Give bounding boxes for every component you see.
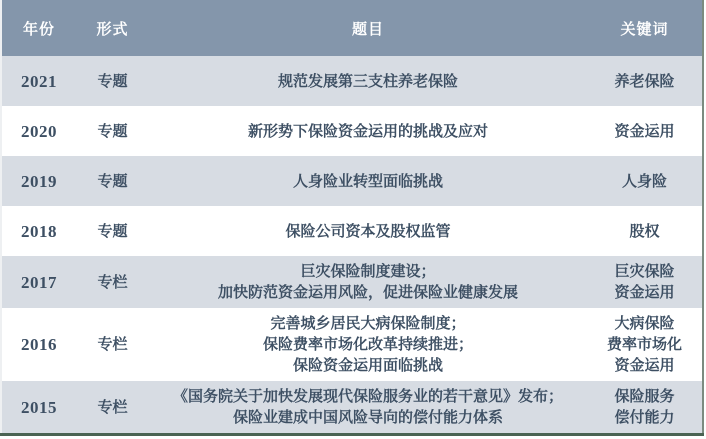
col-header-title: 题目 [149,0,587,56]
title-line: 新形势下保险资金运用的挑战及应对 [155,121,581,142]
title-line: 保险资金运用面临挑战 [155,355,581,376]
year-cell: 2019 [1,156,76,206]
keyword-line: 人身险 [593,171,696,192]
title-cell: 新形势下保险资金运用的挑战及应对 [149,106,587,156]
keyword-line: 资金运用 [593,355,696,376]
year-cell: 2021 [1,56,76,106]
table-row: 2016 专栏 完善城乡居民大病保险制度；保险费率市场化改革持续推进；保险资金运… [1,308,703,381]
form-cell: 专题 [76,56,149,106]
keyword-line: 保险服务 [593,386,696,407]
title-line: 保险业建成中国风险导向的偿付能力体系 [155,407,581,428]
keyword-line: 资金运用 [593,121,696,142]
keyword-line: 巨灾保险 [593,261,696,282]
title-line: 完善城乡居民大病保险制度； [155,313,581,334]
year-cell: 2016 [1,308,76,381]
table-row: 2019 专题 人身险业转型面临挑战 人身险 [1,156,703,206]
title-cell: 人身险业转型面临挑战 [149,156,587,206]
keywords-cell: 巨灾保险资金运用 [587,256,703,308]
keyword-line: 资金运用 [593,282,696,303]
col-header-form: 形式 [76,0,149,56]
col-header-keywords: 关键词 [587,0,703,56]
keywords-cell: 大病保险费率市场化资金运用 [587,308,703,381]
keyword-line: 股权 [593,221,696,242]
form-cell: 专栏 [76,256,149,308]
table-row: 2017 专栏 巨灾保险制度建设；加快防范资金运用风险，促进保险业健康发展 巨灾… [1,256,703,308]
keyword-line: 养老保险 [593,71,696,92]
table-header: 年份 形式 题目 关键词 [1,0,703,56]
form-cell: 专题 [76,206,149,256]
form-cell: 专栏 [76,308,149,381]
keywords-cell: 股权 [587,206,703,256]
year-cell: 2017 [1,256,76,308]
annual-report-table: 年份 形式 题目 关键词 2021 专题 规范发展第三支柱养老保险 养老保险 2… [0,0,704,436]
title-cell: 保险公司资本及股权监管 [149,206,587,256]
year-cell: 2018 [1,206,76,256]
title-line: 规范发展第三支柱养老保险 [155,71,581,92]
header-row: 年份 形式 题目 关键词 [1,0,703,56]
title-line: 人身险业转型面临挑战 [155,171,581,192]
title-cell: 巨灾保险制度建设；加快防范资金运用风险，促进保险业健康发展 [149,256,587,308]
keywords-cell: 资金运用 [587,106,703,156]
keyword-line: 费率市场化 [593,334,696,355]
form-cell: 专栏 [76,381,149,435]
keyword-line: 偿付能力 [593,407,696,428]
title-line: 加快防范资金运用风险，促进保险业健康发展 [155,282,581,303]
title-line: 巨灾保险制度建设； [155,261,581,282]
table-row: 2021 专题 规范发展第三支柱养老保险 养老保险 [1,56,703,106]
year-cell: 2015 [1,381,76,435]
form-cell: 专题 [76,156,149,206]
title-cell: 《国务院关于加快发展现代保险服务业的若干意见》发布；保险业建成中国风险导向的偿付… [149,381,587,435]
title-line: 保险公司资本及股权监管 [155,221,581,242]
table-row: 2018 专题 保险公司资本及股权监管 股权 [1,206,703,256]
title-line: 保险费率市场化改革持续推进； [155,334,581,355]
keywords-cell: 保险服务偿付能力 [587,381,703,435]
table-row: 2020 专题 新形势下保险资金运用的挑战及应对 资金运用 [1,106,703,156]
col-header-year: 年份 [1,0,76,56]
form-cell: 专题 [76,106,149,156]
keywords-cell: 人身险 [587,156,703,206]
table-body: 2021 专题 规范发展第三支柱养老保险 养老保险 2020 专题 新形势下保险… [1,56,703,435]
keyword-line: 大病保险 [593,313,696,334]
keywords-cell: 养老保险 [587,56,703,106]
table-row: 2015 专栏 《国务院关于加快发展现代保险服务业的若干意见》发布；保险业建成中… [1,381,703,435]
report-page: 年份 形式 题目 关键词 2021 专题 规范发展第三支柱养老保险 养老保险 2… [0,0,706,439]
title-line: 《国务院关于加快发展现代保险服务业的若干意见》发布； [155,386,581,407]
year-cell: 2020 [1,106,76,156]
title-cell: 完善城乡居民大病保险制度；保险费率市场化改革持续推进；保险资金运用面临挑战 [149,308,587,381]
title-cell: 规范发展第三支柱养老保险 [149,56,587,106]
